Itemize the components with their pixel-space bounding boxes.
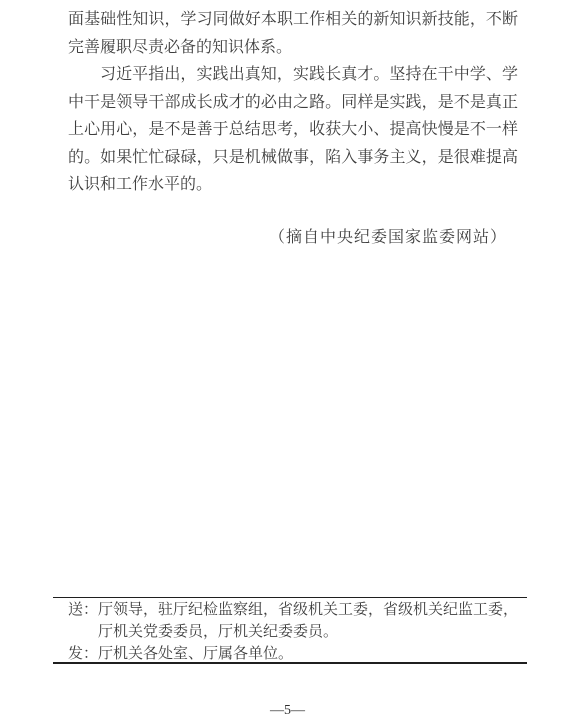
send-label: 送： [68, 599, 98, 621]
send-line: 厅机关党委委员，厅机关纪委委员。 [98, 621, 523, 643]
distribution-block: 送： 厅领导，驻厅纪检监察组，省级机关工委，省级机关纪监工委， 厅机关党委委员，… [68, 599, 523, 665]
footer-divider-top [53, 597, 527, 598]
body-line: 面基础性知识，学习同做好本职工作相关的新知识新技能，不断 [68, 6, 518, 34]
body-line: 习近平指出，实践出真知，实践长真才。坚持在干中学、学 [68, 61, 518, 89]
body-line: 认识和工作水平的。 [68, 171, 518, 199]
send-line: 厅领导，驻厅纪检监察组，省级机关工委，省级机关纪监工委， [98, 599, 523, 621]
body-line: 完善履职尽责必备的知识体系。 [68, 34, 518, 62]
body-line: 中干是领导干部成长成才的必由之路。同样是实践，是不是真正 [68, 89, 518, 117]
body-line: 的。如果忙忙碌碌，只是机械做事，陷入事务主义，是很难提高 [68, 144, 518, 172]
distribution-send-row: 送： 厅领导，驻厅纪检监察组，省级机关工委，省级机关纪监工委， 厅机关党委委员，… [68, 599, 523, 643]
footer-divider-bottom [53, 662, 527, 664]
document-page: 面基础性知识，学习同做好本职工作相关的新知识新技能，不断 完善履职尽责必备的知识… [0, 0, 581, 727]
body-line: 上心用心，是不是善于总结思考，收获大小、提高快慢是不一样 [68, 116, 518, 144]
page-number: —5— [0, 701, 575, 721]
attribution: （摘自中央纪委国家监委网站） [269, 224, 507, 251]
body-text-block: 面基础性知识，学习同做好本职工作相关的新知识新技能，不断 完善履职尽责必备的知识… [68, 6, 518, 199]
send-content: 厅领导，驻厅纪检监察组，省级机关工委，省级机关纪监工委， 厅机关党委委员，厅机关… [98, 599, 523, 643]
